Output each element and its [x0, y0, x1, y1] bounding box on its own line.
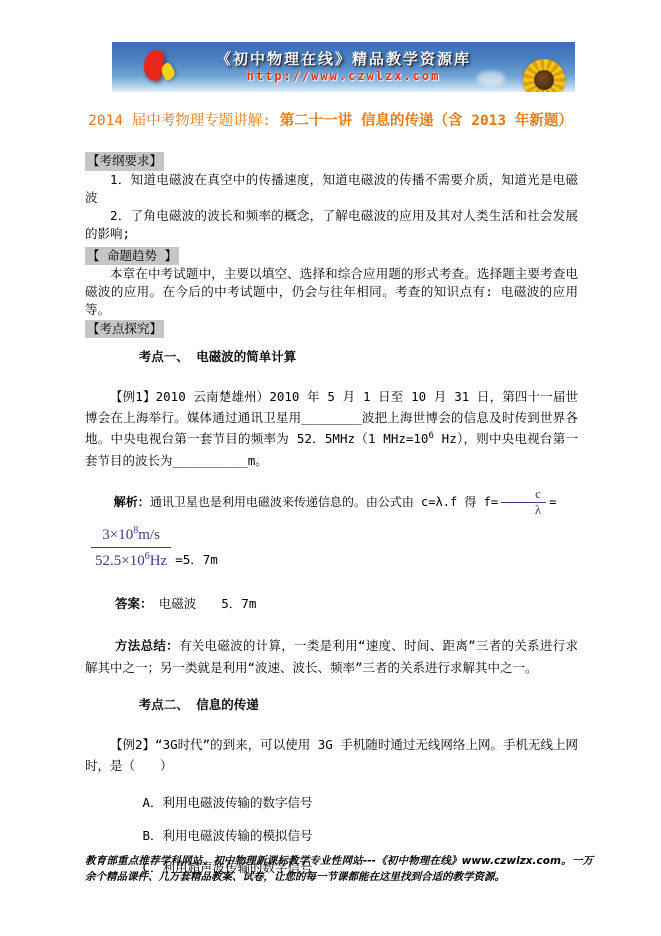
- outline-item-1: 1．知道电磁波在真空中的传播速度，知道电磁波的传播不需要介质，知道光是电磁波: [85, 171, 578, 207]
- summary-label: 方法总结：: [115, 638, 179, 653]
- trend-section-header: 【 命题趋势 】: [85, 247, 578, 265]
- cloud-decoration: [477, 71, 505, 86]
- equation-numerator: 3×108m/s: [91, 524, 171, 548]
- answer-text: 电磁波 5．7m: [153, 596, 257, 611]
- outline-section-header: 【考纲要求】: [85, 152, 578, 170]
- topic-1-heading: 考点一、 电磁波的简单计算: [85, 348, 578, 366]
- inline-fraction-c-over-lambda: cλ: [501, 487, 546, 518]
- document-page: 《初中物理在线》精品教学资源库 http://www.czwlzx.com 20…: [0, 0, 661, 936]
- answer-label: 答案：: [115, 596, 153, 611]
- option-b: B．利用电磁波传输的模拟信号: [85, 827, 578, 845]
- page-footer: 教育部重点推荐学科网站、初中物理新课标教学专业性网站---《初中物理在线》www…: [85, 853, 593, 886]
- title-prefix: 2014 届中考物理专题讲解:: [88, 113, 280, 129]
- equation-fraction: 3×108m/s 52.5×106Hz: [91, 524, 171, 572]
- title-main: 第二十一讲 信息的传递（含 2013 年新题）: [280, 113, 573, 129]
- outline-item-1-text: 1．知道电磁波在真空中的传播速度，知道电磁波的传播不需要介质，知道光是电磁波: [85, 172, 578, 205]
- answer-paragraph: 答案：电磁波 5．7m: [85, 595, 578, 613]
- logo-yellow-leaf-icon: [160, 62, 177, 82]
- document-title: 2014 届中考物理专题讲解: 第二十一讲 信息的传递（含 2013 年新题）: [50, 110, 611, 132]
- outline-item-2-text: 2．了角电磁波的波长和频率的概念，了解电磁波的应用及其对人类生活和社会发展的影响…: [85, 208, 578, 241]
- site-banner: 《初中物理在线》精品教学资源库 http://www.czwlzx.com: [112, 42, 575, 92]
- example-1-part-4: m。: [248, 453, 268, 468]
- document-body: 【考纲要求】 1．知道电磁波在真空中的传播速度，知道电磁波的传播不需要介质，知道…: [0, 132, 661, 876]
- numerator-base: 3×10: [102, 527, 133, 543]
- fill-blank-1: ________: [301, 410, 361, 425]
- example-2-paragraph: 【例2】“3G时代”的到来，可以使用 3G 手机随时通过无线网络上网。手机无线上…: [85, 734, 578, 777]
- fraction-denominator: λ: [501, 503, 546, 518]
- denominator-unit: Hz: [150, 553, 168, 569]
- example-1-paragraph: 【例1】2010 云南楚雄州）2010 年 5 月 1 日至 10 月 31 日…: [85, 386, 578, 471]
- explore-section-header: 【考点探究】: [85, 320, 578, 338]
- analysis-text: 通讯卫星也是利用电磁波来传递信息的。由公式由 c=λ.f 得 f=: [150, 495, 498, 509]
- equation-denominator: 52.5×106Hz: [91, 548, 171, 571]
- analysis-paragraph: 解析：通讯卫星也是利用电磁波来传递信息的。由公式由 c=λ.f 得 f=cλ=: [85, 487, 578, 518]
- denominator-base: 52.5×10: [95, 553, 145, 569]
- analysis-label: 解析：: [114, 495, 150, 509]
- equation-block: 3×108m/s 52.5×106Hz =5．7m: [85, 524, 578, 572]
- equation-result: =5．7m: [175, 550, 218, 571]
- outline-item-2: 2．了角电磁波的波长和频率的概念，了解电磁波的应用及其对人类生活和社会发展的影响…: [85, 207, 578, 243]
- topic-2-heading: 考点二、 信息的传递: [85, 696, 578, 714]
- outline-header-label: 【考纲要求】: [85, 152, 164, 170]
- site-logo-icon: [138, 48, 182, 88]
- numerator-unit: m/s: [138, 527, 160, 543]
- fraction-numerator: c: [501, 487, 546, 503]
- option-a: A．利用电磁波传输的数字信号: [85, 794, 578, 812]
- explore-header-label: 【考点探究】: [85, 320, 164, 338]
- analysis-equals: =: [549, 495, 556, 509]
- fill-blank-2: __________: [173, 453, 248, 468]
- trend-header-label: 【 命题趋势 】: [85, 247, 179, 265]
- trend-paragraph: 本章在中考试题中，主要以填空、选择和综合应用题的形式考查。选择题主要考查电磁波的…: [85, 265, 578, 319]
- method-summary-paragraph: 方法总结：有关电磁波的计算，一类是利用“速度、时间、距离”三者的关系进行求解其中…: [85, 635, 578, 678]
